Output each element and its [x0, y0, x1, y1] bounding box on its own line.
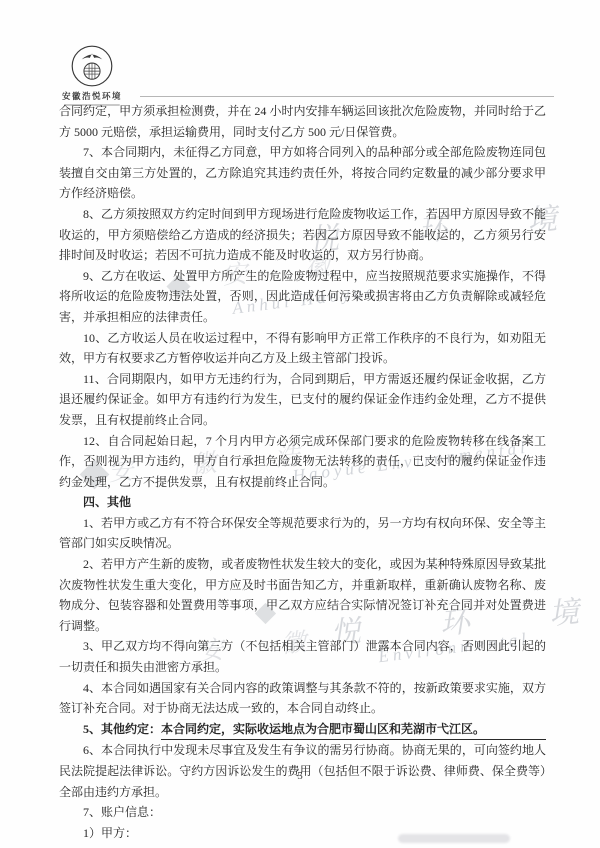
- header-divider: [140, 96, 554, 97]
- contract-paragraph: 4、本合同如遇国家有关合同内容的政策调整与其条款不符的，按新政策要求实施，双方签…: [59, 678, 546, 719]
- company-logo: 安徽浩悦环境: [56, 44, 128, 106]
- clause-underline-filler: [485, 719, 546, 741]
- contract-paragraph: 合同约定，甲方须承担检测费，并在 24 小时内安排车辆运回该批次危险废物，并同时…: [59, 101, 546, 142]
- contract-paragraph: 10、乙方收运人员在收运过程中，不得有影响甲方正常工作秩序的不良行为，如劝阻无效…: [59, 328, 546, 369]
- section-heading: 四、其他: [59, 492, 546, 513]
- company-logo-icon: [70, 44, 114, 88]
- contract-page: 悦 环 境 安 徽 Anhui Haoyue 安 徽 浩 Haoyue Envi…: [0, 0, 600, 848]
- clause-prefix: 5、其他约定：: [83, 719, 161, 741]
- page-number: 5: [0, 770, 600, 782]
- contract-paragraph: 2、若甲方产生新的废物，或者废物性状发生较大的变化，或因为某种特殊原因导致某批次…: [59, 554, 546, 636]
- contract-body: 合同约定，甲方须承担检测费，并在 24 小时内安排车辆运回该批次危险废物，并同时…: [59, 101, 546, 843]
- contract-paragraph: 11、合同期限内，如甲方无违约行为，合同到期后，甲方需返还履约保证金收据，乙方退…: [59, 369, 546, 431]
- contract-paragraph: 9、乙方在收运、处置甲方所产生的危险废物过程中，应当按照规范要求实施操作，不得将…: [59, 266, 546, 328]
- contract-paragraph: 1、若甲方或乙方有不符合环保安全等规范要求行为的，另一方均有权向环保、安全等主管…: [59, 513, 546, 554]
- contract-paragraph: 8、乙方须按照双方约定时间到甲方现场进行危险废物收运工作，若因甲方原因导致不能收…: [59, 204, 546, 266]
- contract-paragraph: 1）甲方：: [59, 823, 546, 844]
- contract-paragraph: 7、账户信息：: [59, 802, 546, 823]
- contract-paragraph: 12、自合同起始日起，7 个月内甲方必须完成环保部门要求的危险废物转移在线备案工…: [59, 431, 546, 493]
- clause-underlined-text: 本合同约定，实际收运地点为合肥市蜀山区和芜湖市弋江区。: [161, 719, 485, 741]
- contract-paragraph: 5、其他约定：本合同约定，实际收运地点为合肥市蜀山区和芜湖市弋江区。: [59, 719, 546, 741]
- contract-paragraph: 3、甲乙双方均不得向第三方（不包括相关主管部门）泄露本合同内容，否则因此引起的一…: [59, 636, 546, 677]
- contract-paragraph: 7、本合同期内，未征得乙方同意，甲方如将合同列入的品种部分或全部危险废物连同包装…: [59, 142, 546, 204]
